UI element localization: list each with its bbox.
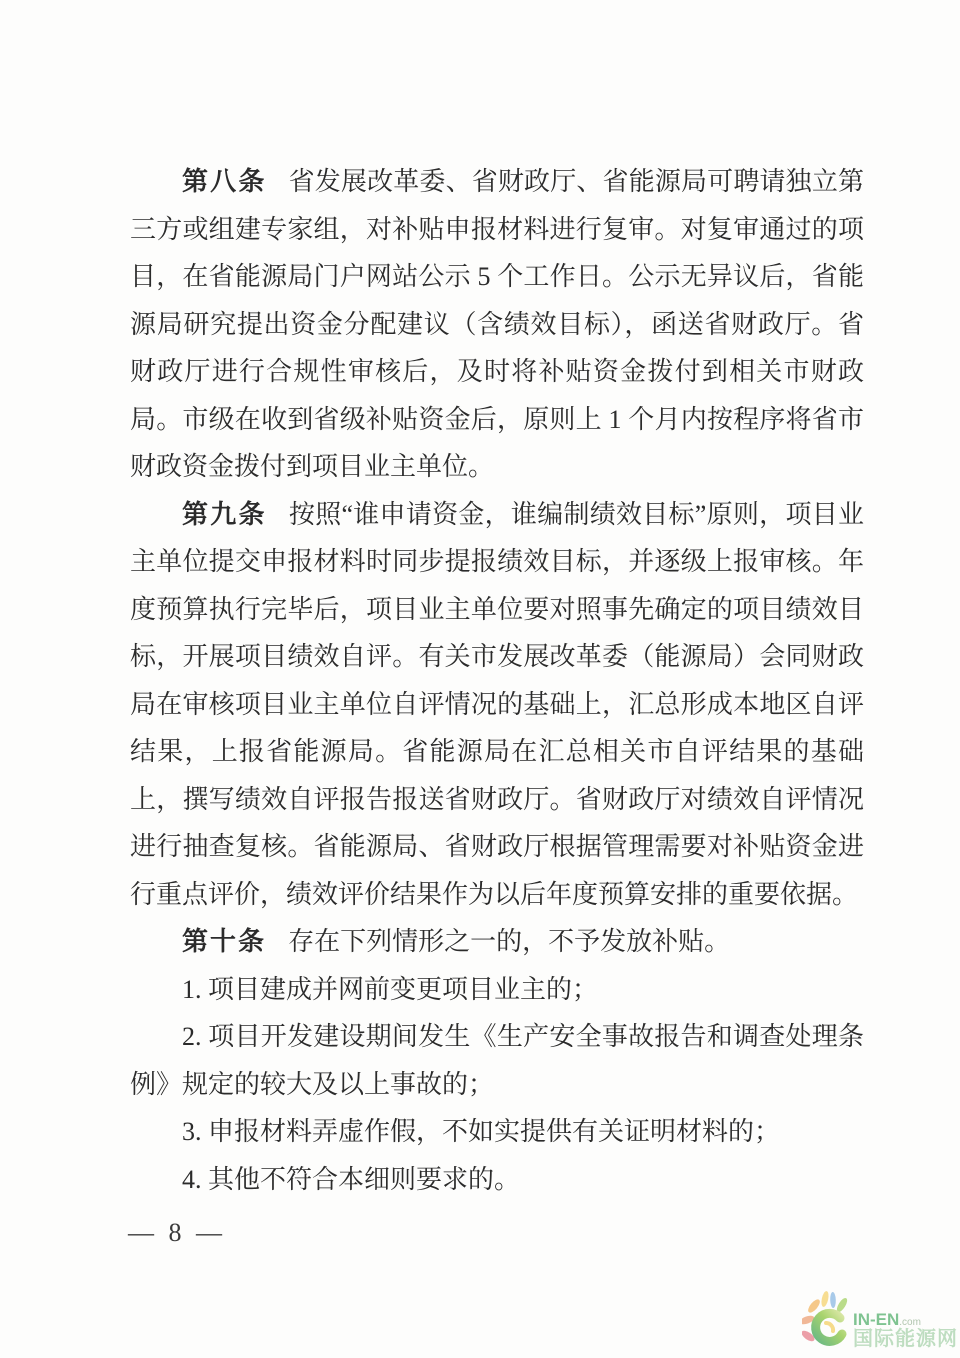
in-en-logo-text: IN-EN.com 国际能源网 — [853, 1311, 958, 1354]
list-item-4: 4. 其他不符合本细则要求的。 — [130, 1156, 864, 1204]
document-page: 第八条省发展改革委、省财政厅、省能源局可聘请独立第三方或组建专家组，对补贴申报材… — [0, 0, 960, 1358]
article-8-lead: 第八条 — [182, 167, 267, 196]
article-9-text: 按照“谁申请资金，谁编制绩效目标”原则，项目业主单位提交申报材料时同步提报绩效目… — [130, 500, 864, 909]
in-en-site-name-cn: 国际能源网 — [853, 1329, 958, 1350]
article-body: 第八条省发展改革委、省财政厅、省能源局可聘请独立第三方或组建专家组，对补贴申报材… — [130, 158, 864, 1203]
in-en-watermark-logo: IN-EN.com 国际能源网 — [802, 1290, 958, 1354]
article-10-lead: 第十条 — [182, 927, 266, 956]
article-8-paragraph: 第八条省发展改革委、省财政厅、省能源局可聘请独立第三方或组建专家组，对补贴申报材… — [130, 158, 864, 491]
list-item-1: 1. 项目建成并网前变更项目业主的； — [130, 966, 864, 1014]
page-number: — 8 — — [128, 1218, 226, 1248]
article-9-lead: 第九条 — [182, 500, 267, 529]
article-10-text: 存在下列情形之一的，不予发放补贴。 — [288, 927, 730, 956]
article-9-paragraph: 第九条按照“谁申请资金，谁编制绩效目标”原则，项目业主单位提交申报材料时同步提报… — [130, 491, 864, 919]
in-en-site-suffix: .com — [899, 1317, 921, 1328]
article-8-text: 省发展改革委、省财政厅、省能源局可聘请独立第三方或组建专家组，对补贴申报材料进行… — [130, 167, 864, 481]
in-en-flower-icon — [802, 1290, 850, 1354]
in-en-site-main: IN-EN — [853, 1310, 899, 1329]
article-10-paragraph: 第十条存在下列情形之一的，不予发放补贴。 — [130, 918, 864, 966]
in-en-site-label: IN-EN.com — [853, 1311, 958, 1329]
list-item-3: 3. 申报材料弄虚作假，不如实提供有关证明材料的； — [130, 1108, 864, 1156]
list-item-2: 2. 项目开发建设期间发生《生产安全事故报告和调查处理条例》规定的较大及以上事故… — [130, 1013, 864, 1108]
